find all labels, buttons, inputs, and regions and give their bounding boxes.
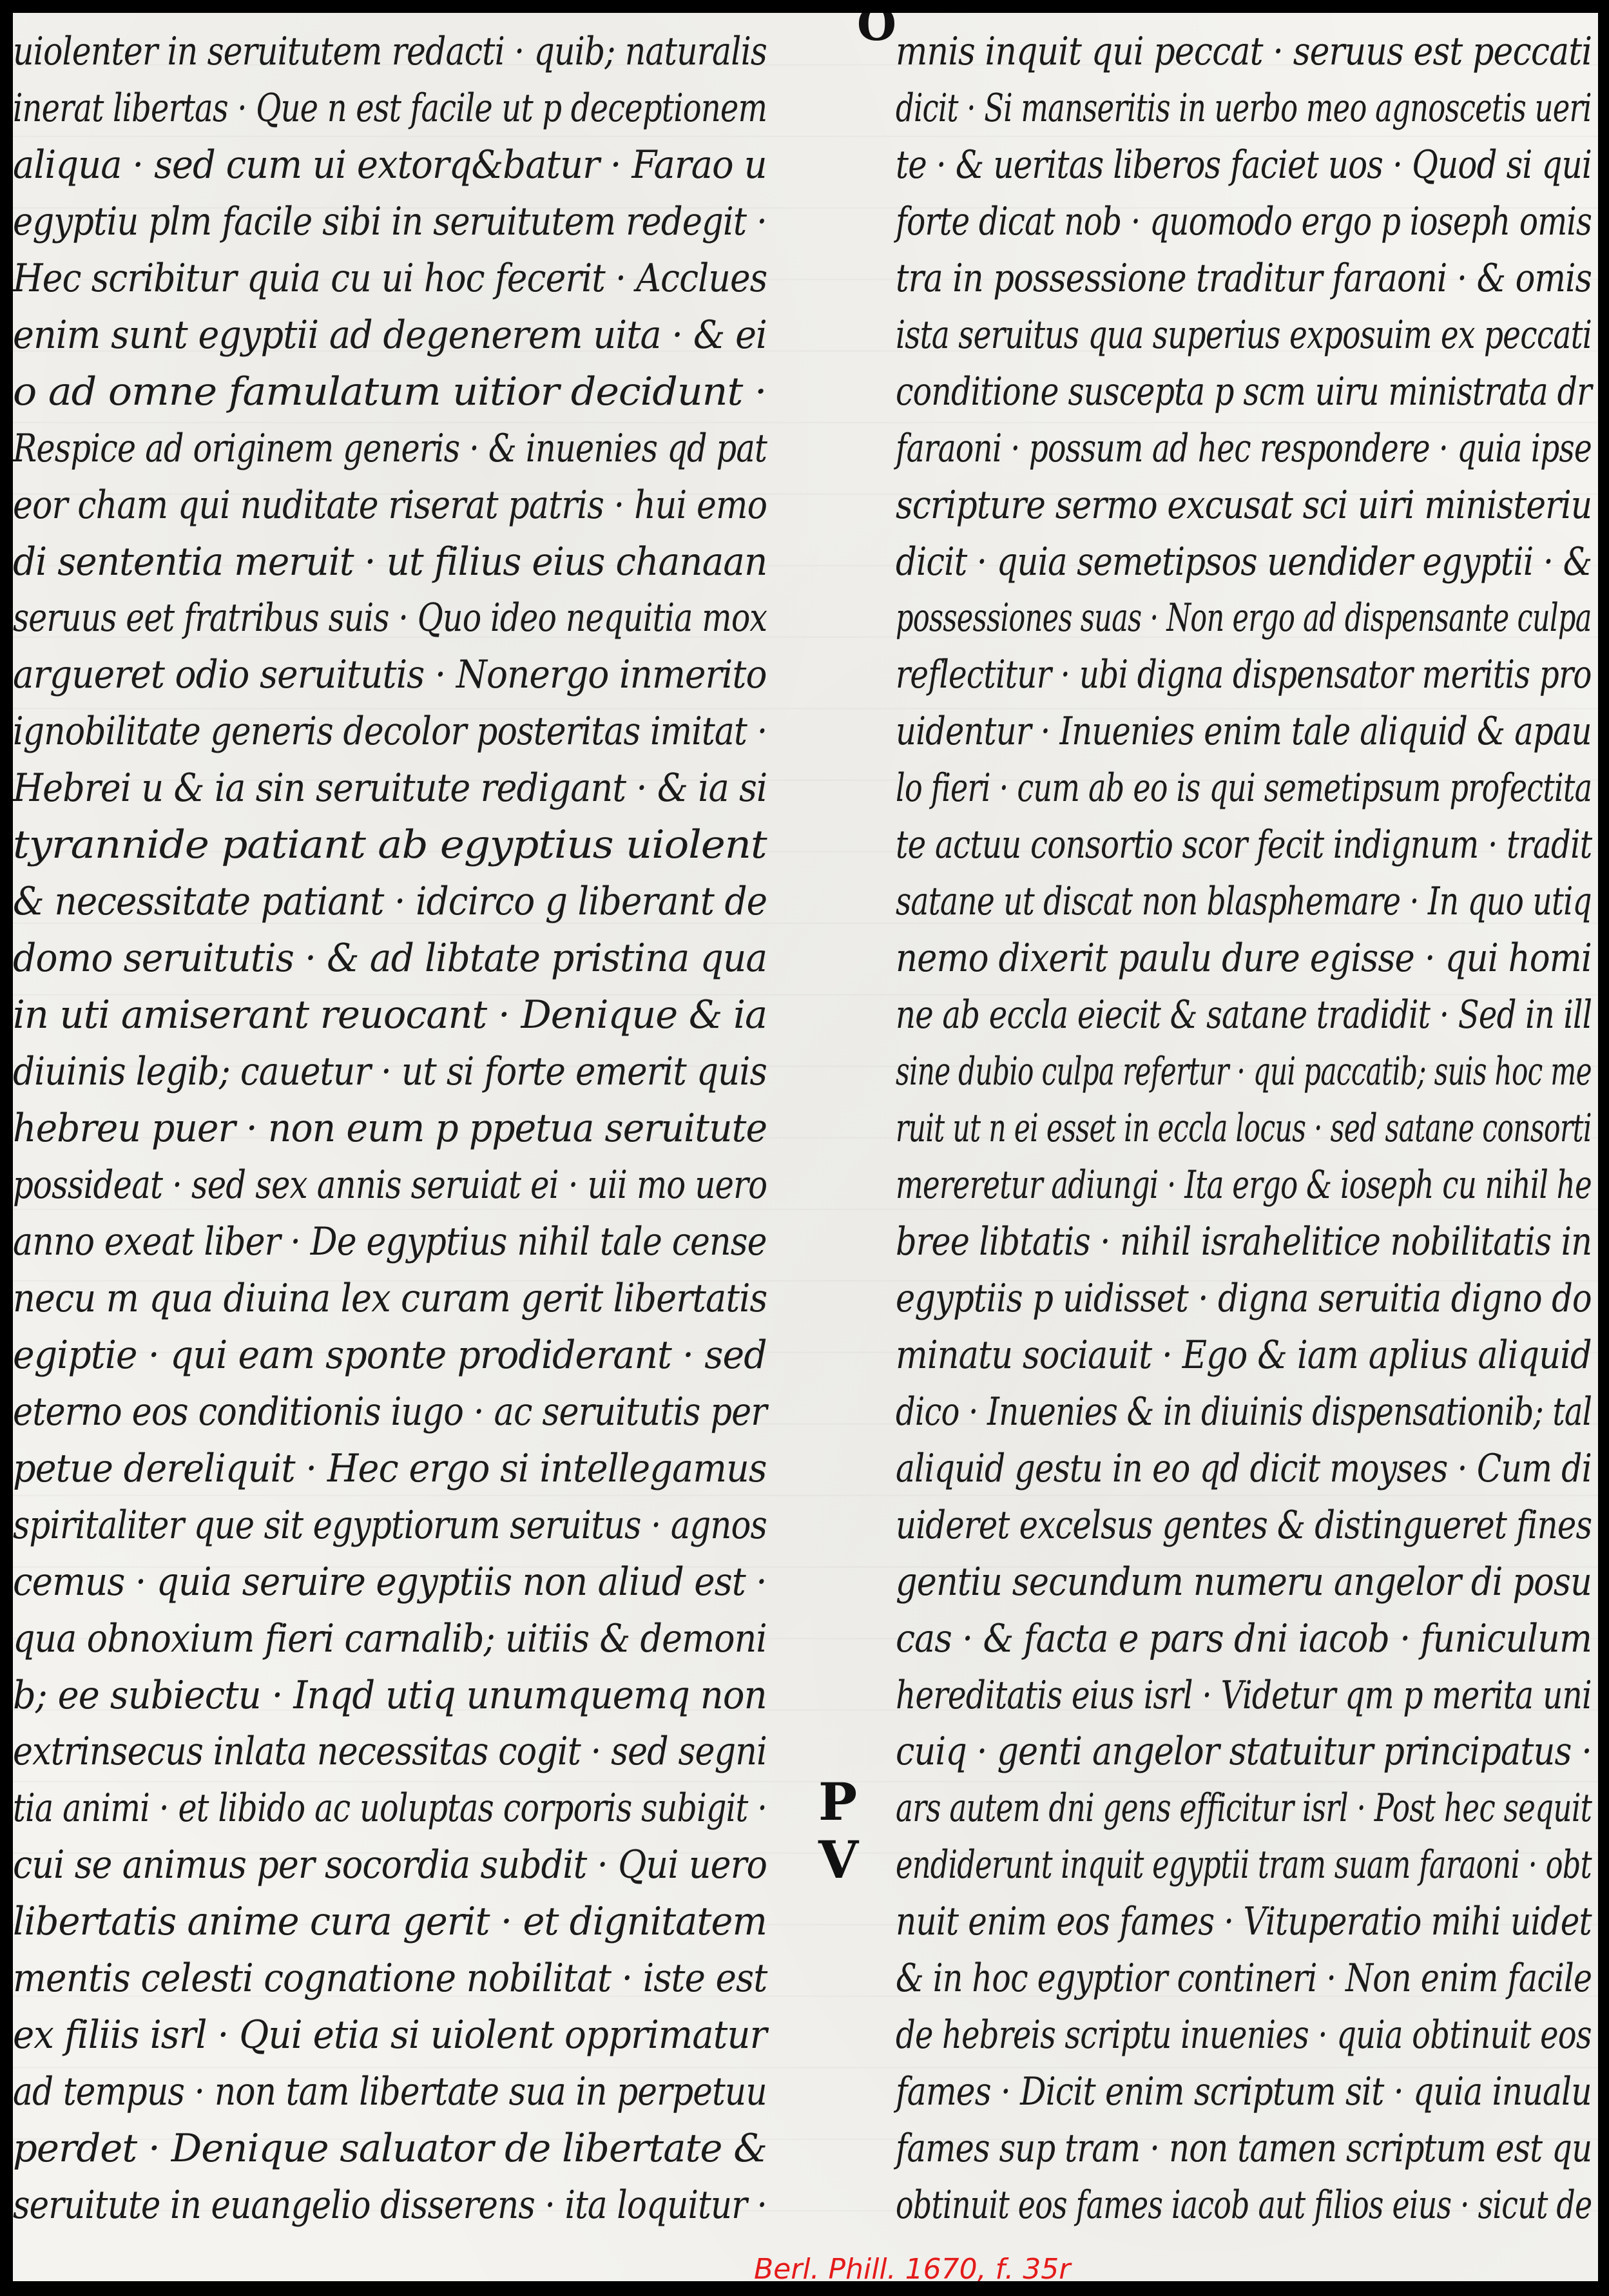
manuscript-line: egyptiis p uidisset · digna seruitia dig… — [896, 1279, 1592, 1318]
manuscript-line: satane ut discat non blasphemare · In qu… — [896, 882, 1592, 921]
manuscript-line: mentis celesti cognatione nobilitat · is… — [13, 1959, 767, 1998]
manuscript-line: b; ee subiectu · Inqd utiq unumquemq non — [13, 1676, 767, 1715]
manuscript-line: tia animi · et libido ac uoluptas corpor… — [13, 1789, 767, 1828]
manuscript-line: libertatis anime cura gerit · et dignita… — [13, 1902, 767, 1941]
manuscript-line: in uti amiserant reuocant · Denique & ia — [13, 996, 767, 1034]
manuscript-line: uideret excelsus gentes & distingueret f… — [896, 1506, 1592, 1545]
manuscript-line: forte dicat nob · quomodo ergo p ioseph … — [896, 202, 1592, 241]
manuscript-line: mereretur adiungi · Ita ergo & ioseph cu… — [896, 1166, 1592, 1204]
manuscript-line: necu m qua diuina lex curam gerit libert… — [13, 1279, 767, 1318]
manuscript-line: qua obnoxium fieri carnalib; uitiis & de… — [13, 1619, 767, 1658]
manuscript-line: uiolenter in seruitutem redacti · quib; … — [13, 32, 767, 71]
manuscript-line: possideat · sed sex annis seruiat ei · u… — [13, 1166, 767, 1204]
manuscript-line: tyrannide patiant ab egyptius uiolent — [13, 825, 767, 864]
manuscript-line: extrinsecus inlata necessitas cogit · se… — [13, 1732, 767, 1771]
manuscript-line: Hec scribitur quia cu ui hoc fecerit · A… — [13, 259, 767, 298]
manuscript-line: scripture sermo excusat sci uiri ministe… — [896, 486, 1592, 525]
manuscript-line: ruit ut n ei esset in eccla locus · sed … — [896, 1109, 1592, 1148]
manuscript-line: Hebrei u & ia sin seruitute redigant · &… — [13, 769, 767, 807]
manuscript-line: inerat libertas · Que n est facile ut p … — [13, 89, 767, 128]
manuscript-line: hebreu puer · non eum p ppetua seruitute — [13, 1109, 767, 1148]
manuscript-line: seruitute in euangelio disserens · ita l… — [13, 2186, 767, 2224]
manuscript-line: domo seruitutis · & ad libtate pristina … — [13, 939, 767, 978]
manuscript-line: uidentur · Inuenies enim tale aliquid & … — [896, 712, 1592, 751]
right-text-column: O P V mnis inquit qui peccat · seruus es… — [896, 13, 1598, 2230]
manuscript-line: nemo dixerit paulu dure egisse · qui hom… — [896, 939, 1592, 978]
manuscript-line: ne ab eccla eiecit & satane tradidit · S… — [896, 996, 1592, 1034]
manuscript-line: spiritaliter que sit egyptiorum seruitus… — [13, 1506, 767, 1545]
manuscript-line: conditione suscepta p scm uiru ministrat… — [896, 372, 1592, 411]
manuscript-line: diuinis legib; cauetur · ut si forte eme… — [13, 1052, 767, 1091]
manuscript-line: cas · & facta e pars dni iacob · funicul… — [896, 1619, 1592, 1658]
manuscript-line: fames sup tram · non tamen scriptum est … — [896, 2129, 1592, 2168]
manuscript-folio: uiolenter in seruitutem redacti · quib; … — [13, 13, 1598, 2281]
manuscript-line: aliqua · sed cum ui extorq&batur · Farao… — [13, 146, 767, 184]
manuscript-line: aliquid gestu in eo qd dicit moyses · Cu… — [896, 1449, 1592, 1488]
manuscript-line: egyptiu plm facile sibi in seruitutem re… — [13, 202, 767, 241]
manuscript-line: te actuu consortio scor fecit indignum ·… — [896, 825, 1592, 864]
left-text-column: uiolenter in seruitutem redacti · quib; … — [13, 13, 786, 2230]
manuscript-line: endiderunt inquit egyptii tram suam fara… — [896, 1846, 1592, 1884]
manuscript-line: possessiones suas · Non ergo ad dispensa… — [896, 599, 1592, 637]
manuscript-line: nuit enim eos fames · Vituperatio mihi u… — [896, 1902, 1592, 1941]
manuscript-line: hereditatis eius isrl · Videtur qm p mer… — [896, 1676, 1592, 1715]
manuscript-line: dico · Inuenies & in diuinis dispensatio… — [896, 1393, 1592, 1431]
manuscript-line: o ad omne famulatum uitior decidunt · — [13, 372, 767, 411]
manuscript-line: seruus eet fratribus suis · Quo ideo neq… — [13, 599, 767, 637]
manuscript-line: cui se animus per socordia subdit · Qui … — [13, 1846, 767, 1884]
manuscript-line: te · & ueritas liberos faciet uos · Quod… — [896, 146, 1592, 184]
manuscript-line: dicit · Si manseritis in uerbo meo agnos… — [896, 89, 1592, 128]
manuscript-line: argueret odio seruitutis · Nonergo inmer… — [13, 655, 767, 694]
manuscript-line: ista seruitus qua superius exposuim ex p… — [896, 316, 1592, 354]
manuscript-line: eor cham qui nuditate riserat patris · h… — [13, 486, 767, 525]
manuscript-line: & in hoc egyptior contineri · Non enim f… — [896, 1959, 1592, 1998]
manuscript-line: lo fieri · cum ab eo is qui semetipsum p… — [896, 769, 1592, 807]
manuscript-line: minatu sociauit · Ego & iam aplius aliqu… — [896, 1336, 1592, 1375]
manuscript-line: ars autem dni gens efficitur isrl · Post… — [896, 1789, 1592, 1828]
manuscript-line: Respice ad originem generis · & inuenies… — [13, 429, 767, 468]
manuscript-line: & necessitate patiant · idcirco g libera… — [13, 882, 767, 921]
initial-p: P — [818, 1776, 857, 1828]
manuscript-line: gentiu secundum numeru angelor di posu — [896, 1563, 1592, 1601]
manuscript-line: mnis inquit qui peccat · seruus est pecc… — [896, 32, 1592, 71]
manuscript-line: tra in possessione traditur faraoni · & … — [896, 259, 1592, 298]
manuscript-line: faraoni · possum ad hec respondere · qui… — [896, 429, 1592, 468]
manuscript-line: enim sunt egyptii ad degenerem uita · & … — [13, 316, 767, 354]
manuscript-line: ex filiis isrl · Qui etia si uiolent opp… — [13, 2016, 767, 2054]
manuscript-line: obtinuit eos fames iacob aut filios eius… — [896, 2186, 1592, 2224]
manuscript-line: sine dubio culpa refertur · qui paccatib… — [896, 1052, 1592, 1091]
manuscript-line: anno exeat liber · De egyptius nihil tal… — [13, 1222, 767, 1261]
manuscript-line: cuiq · genti angelor statuitur principat… — [896, 1732, 1592, 1771]
manuscript-line: egiptie · qui eam sponte prodiderant · s… — [13, 1336, 767, 1375]
initial-v: V — [818, 1834, 858, 1886]
manuscript-line: petue dereliquit · Hec ergo si intellega… — [13, 1449, 767, 1488]
shelfmark-annotation: Berl. Phill. 1670, f. 35r — [754, 2255, 1070, 2281]
manuscript-line: bree libtatis · nihil israhelitice nobil… — [896, 1222, 1592, 1261]
manuscript-line: cemus · quia seruire egyptiis non aliud … — [13, 1563, 767, 1601]
manuscript-line: fames · Dicit enim scriptum sit · quia i… — [896, 2072, 1592, 2111]
manuscript-line: ad tempus · non tam libertate sua in per… — [13, 2072, 767, 2111]
manuscript-line: ignobilitate generis decolor posteritas … — [13, 712, 767, 751]
manuscript-line: perdet · Denique saluator de libertate & — [13, 2129, 767, 2168]
initial-o: O — [857, 13, 896, 50]
manuscript-line: eterno eos conditionis iugo · ac seruitu… — [13, 1393, 767, 1431]
manuscript-line: di sententia meruit · ut filius eius cha… — [13, 543, 767, 581]
manuscript-line: dicit · quia semetipsos uendider egyptii… — [896, 543, 1592, 581]
manuscript-line: de hebreis scriptu inuenies · quia obtin… — [896, 2016, 1592, 2054]
manuscript-line: reflectitur · ubi digna dispensator meri… — [896, 655, 1592, 694]
